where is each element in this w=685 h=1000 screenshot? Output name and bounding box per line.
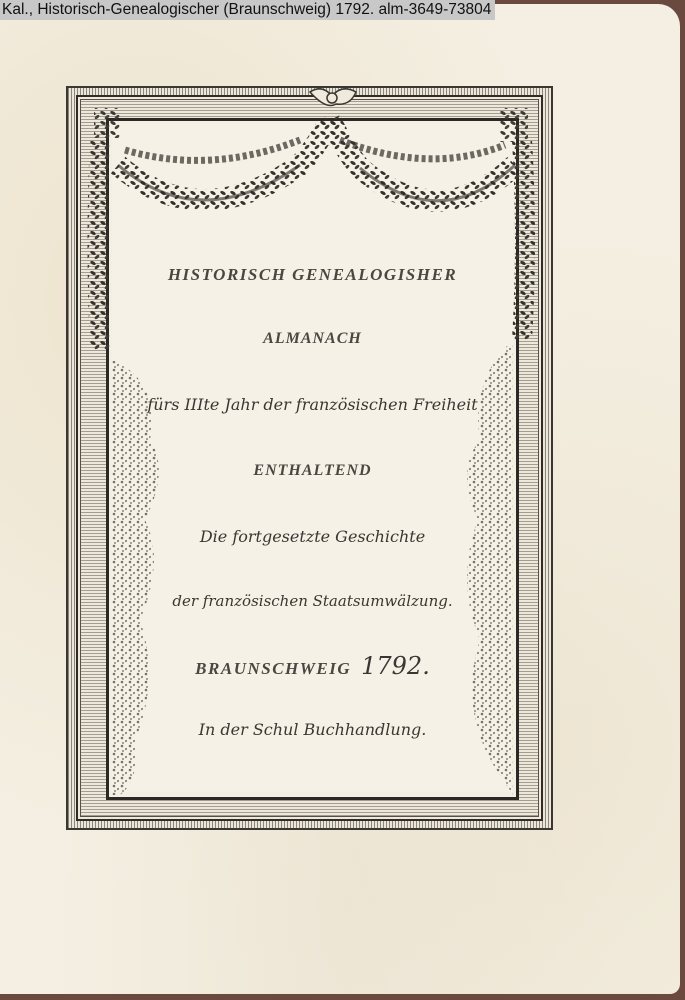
subtitle-line-freiheit: fürs IIIte Jahr der französischen Freihe… [112, 395, 513, 414]
title-line-almanach: ALMANACH [112, 330, 513, 348]
imprint-line: BRAUNSCHWEIG 1792. [112, 652, 513, 680]
text-panel [112, 124, 513, 792]
imprint-place: BRAUNSCHWEIG [195, 659, 351, 678]
publisher-line: In der Schul Buchhandlung. [112, 720, 513, 739]
subtitle-line-staatsumwaelzung: der französischen Staatsumwälzung. [112, 592, 513, 610]
title-line-historisch: HISTORISCH GENEALOGISHER [112, 265, 513, 285]
imprint-year: 1792. [361, 652, 430, 680]
image-caption: Kal., Historisch-Genealogischer (Braunsc… [0, 0, 495, 20]
subtitle-line-geschichte: Die fortgesetzte Geschichte [112, 527, 513, 546]
title-line-enthaltend: ENTHALTEND [112, 462, 513, 480]
